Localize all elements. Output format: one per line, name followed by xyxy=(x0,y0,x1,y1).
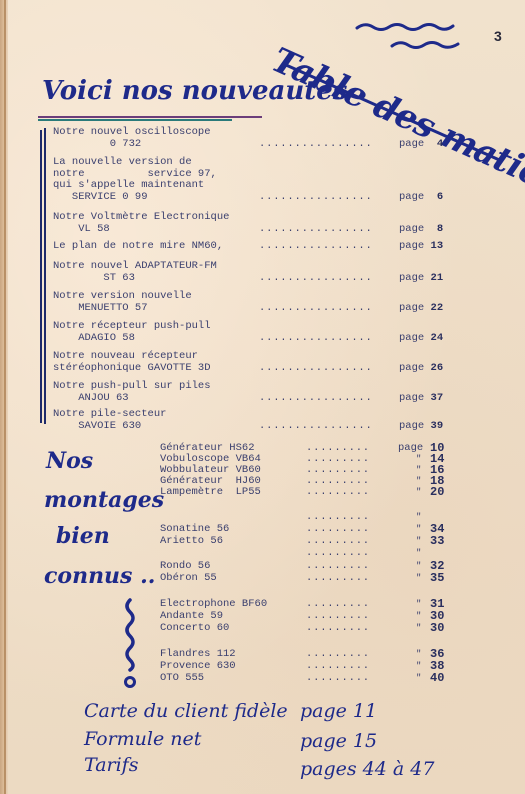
toc-entry-menuetto: Notre version nouvelle MENUETTO 57 .....… xyxy=(53,291,493,314)
entry-line: Notre nouvel ADAPTATEUR-FM xyxy=(53,261,493,273)
page-label: page xyxy=(399,272,424,284)
page-label: page xyxy=(399,392,424,404)
leader-dots: ................ xyxy=(259,393,373,405)
item-name: OTO 555 xyxy=(160,672,204,684)
page-number-ref: 39 xyxy=(431,420,444,432)
ditto-mark: " xyxy=(416,649,421,660)
toc-entry-oscilloscope: Notre nouvel oscilloscope 0 732 ........… xyxy=(53,127,493,150)
squiggle-decoration-top xyxy=(355,20,455,32)
leader-dots: ......... xyxy=(306,673,370,684)
toc-entry-savoie: Notre pile-secteur SAVOIE 630 ..........… xyxy=(53,409,493,432)
footer-page-tarifs: pages 44 à 47 xyxy=(300,758,434,780)
page-number-ref: 40 xyxy=(430,673,444,684)
leader-dots: ......... xyxy=(306,623,370,634)
page-number-ref: 35 xyxy=(430,573,444,584)
leader-dots: ......... xyxy=(306,611,370,622)
page-number-ref: 33 xyxy=(430,536,444,547)
new-products-title: Voici nos nouveautés xyxy=(42,76,347,106)
leader-dots: ................ xyxy=(259,139,373,151)
leader-dots: ......... xyxy=(306,649,370,660)
page-number-ref: 20 xyxy=(430,487,444,498)
leader-dots: ......... xyxy=(306,573,370,584)
item-name: Andante 59 xyxy=(160,610,223,622)
entry-line: La nouvelle version de xyxy=(53,157,493,169)
leader-dots: ................ xyxy=(259,224,373,236)
toc-entry-adagio: Notre récepteur push-pull ADAGIO 58 ....… xyxy=(53,321,493,344)
page-number-ref: 13 xyxy=(431,240,444,252)
ditto-mark: " xyxy=(416,524,421,535)
known-item-row: OTO 555 ......... " 40 xyxy=(160,673,490,684)
entry-line: Notre récepteur push-pull xyxy=(53,321,493,333)
leader-dots: ................ xyxy=(259,303,373,315)
leader-dots: ......... xyxy=(306,661,370,672)
toc-entry-service-099: La nouvelle version de notre service 97,… xyxy=(53,157,493,203)
page-label: page xyxy=(399,138,424,150)
ditto-mark: " xyxy=(416,465,421,476)
known-item-row: Concerto 60 ......... " 30 xyxy=(160,623,490,634)
footer-label-carte: Carte du client fidèle xyxy=(84,700,288,722)
toc-entry-voltmetre: Notre Voltmètre Electronique VL 58 .....… xyxy=(53,212,493,235)
title-rule-teal xyxy=(38,119,232,121)
page-label: page xyxy=(399,191,424,203)
page-label: page xyxy=(399,240,424,252)
ditto-mark: " xyxy=(416,512,421,523)
squiggle-decoration-bottom xyxy=(390,38,460,50)
page-number-ref: 6 xyxy=(437,191,443,203)
page-ref: page 22 xyxy=(399,303,443,315)
known-item-row: Lampemètre LP55 ......... " 20 xyxy=(160,487,490,498)
page-number-ref: 37 xyxy=(431,392,444,404)
page-number-ref: 26 xyxy=(431,362,444,374)
footer-label-tarifs: Tarifs xyxy=(84,754,138,776)
page-number-ref: 4 xyxy=(437,138,443,150)
leader-dots: ................ xyxy=(259,273,373,285)
wavy-bracket-icon xyxy=(120,598,140,690)
page-ref: page 24 xyxy=(399,333,443,345)
leader-dots: ......... xyxy=(306,548,370,559)
leader-dots: ......... xyxy=(306,524,370,535)
leader-dots: ................ xyxy=(259,363,373,375)
page-number-ref: 30 xyxy=(430,623,444,634)
known-item-row: Obéron 55 ......... " 35 xyxy=(160,573,490,584)
item-name: Sonatine 56 xyxy=(160,523,229,535)
page-ref: page 4 xyxy=(399,139,443,151)
page-ref: page 21 xyxy=(399,273,443,285)
known-title-line-2: montages xyxy=(44,487,164,513)
known-item-row: Arietto 56 ......... " 33 xyxy=(160,536,490,547)
item-name: Flandres 112 xyxy=(160,648,236,660)
ditto-mark: " xyxy=(416,573,421,584)
page-label: page xyxy=(398,443,423,454)
item-name: Lampemètre LP55 xyxy=(160,486,261,498)
entry-line: Notre nouveau récepteur xyxy=(53,351,493,363)
ditto-mark: " xyxy=(416,476,421,487)
item-name: Electrophone BF60 xyxy=(160,598,267,610)
toc-entry-gavotte: Notre nouveau récepteur stéréophonique G… xyxy=(53,351,493,374)
page-ref: page 39 xyxy=(399,421,443,433)
item-name: Rondo 56 xyxy=(160,560,210,572)
ditto-mark: " xyxy=(416,673,421,684)
page-label: page xyxy=(399,302,424,314)
leader-dots: ................ xyxy=(259,192,373,204)
item-name: Obéron 55 xyxy=(160,572,217,584)
entry-line: Notre push-pull sur piles xyxy=(53,381,493,393)
leader-dots: ......... xyxy=(306,561,370,572)
leader-dots: ................ xyxy=(259,333,373,345)
toc-entry-mire: Le plan de notre mire NM60, ............… xyxy=(53,241,493,253)
leader-dots: ......... xyxy=(306,487,370,498)
page-label: page xyxy=(399,332,424,344)
section-bar-left xyxy=(40,130,42,423)
page-ref: page 26 xyxy=(399,363,443,375)
ditto-mark: " xyxy=(416,611,421,622)
toc-entry-anjou: Notre push-pull sur piles ANJOU 63 .....… xyxy=(53,381,493,404)
footer-label-formule: Formule net xyxy=(84,728,201,750)
ditto-mark: " xyxy=(416,661,421,672)
ditto-mark: " xyxy=(416,599,421,610)
page-number-ref: 21 xyxy=(431,272,444,284)
page-label: page xyxy=(399,362,424,374)
entry-line: Notre nouvel oscilloscope xyxy=(53,127,493,139)
entry-line: Notre version nouvelle xyxy=(53,291,493,303)
leader-dots: ......... xyxy=(306,599,370,610)
section-bar-right xyxy=(44,128,46,424)
known-title-line-1: Nos xyxy=(46,448,93,474)
ditto-mark: " xyxy=(416,623,421,634)
ditto-mark: " xyxy=(416,487,421,498)
known-title-line-3: bien xyxy=(56,523,110,549)
entry-line: qui s'appelle maintenant xyxy=(53,180,493,192)
title-rule-purple xyxy=(38,116,262,118)
page-ref: page 8 xyxy=(399,224,443,236)
page-ref: page 13 xyxy=(399,241,443,253)
page-label: page xyxy=(399,420,424,432)
toc-entry-adaptateur-fm: Notre nouvel ADAPTATEUR-FM ST 63 .......… xyxy=(53,261,493,284)
page-ref: page 37 xyxy=(399,393,443,405)
ditto-mark: " xyxy=(416,561,421,572)
page-label: page xyxy=(399,223,424,235)
known-title-line-4: connus .. xyxy=(44,563,155,589)
page-ref: page 6 xyxy=(399,192,443,204)
leader-dots: ................ xyxy=(259,241,373,253)
page-number-ref: 22 xyxy=(431,302,444,314)
page-number-ref: 8 xyxy=(437,223,443,235)
item-name: Arietto 56 xyxy=(160,535,223,547)
ditto-mark: " xyxy=(416,454,421,465)
page-number-ref: 24 xyxy=(431,332,444,344)
ditto-mark: " xyxy=(416,536,421,547)
item-name: Concerto 60 xyxy=(160,622,229,634)
ditto-mark: " xyxy=(416,548,421,559)
leader-dots: ................ xyxy=(259,421,373,433)
item-name: Provence 630 xyxy=(160,660,236,672)
footer-page-carte: page 11 xyxy=(300,700,377,722)
footer-page-formule: page 15 xyxy=(300,730,377,752)
leader-dots: ......... xyxy=(306,536,370,547)
entry-line: Notre pile-secteur xyxy=(53,409,493,421)
page-binding-edge xyxy=(0,0,8,794)
leader-dots: ......... xyxy=(306,512,370,523)
entry-line: Notre Voltmètre Electronique xyxy=(53,212,493,224)
page-number: 3 xyxy=(494,28,502,44)
